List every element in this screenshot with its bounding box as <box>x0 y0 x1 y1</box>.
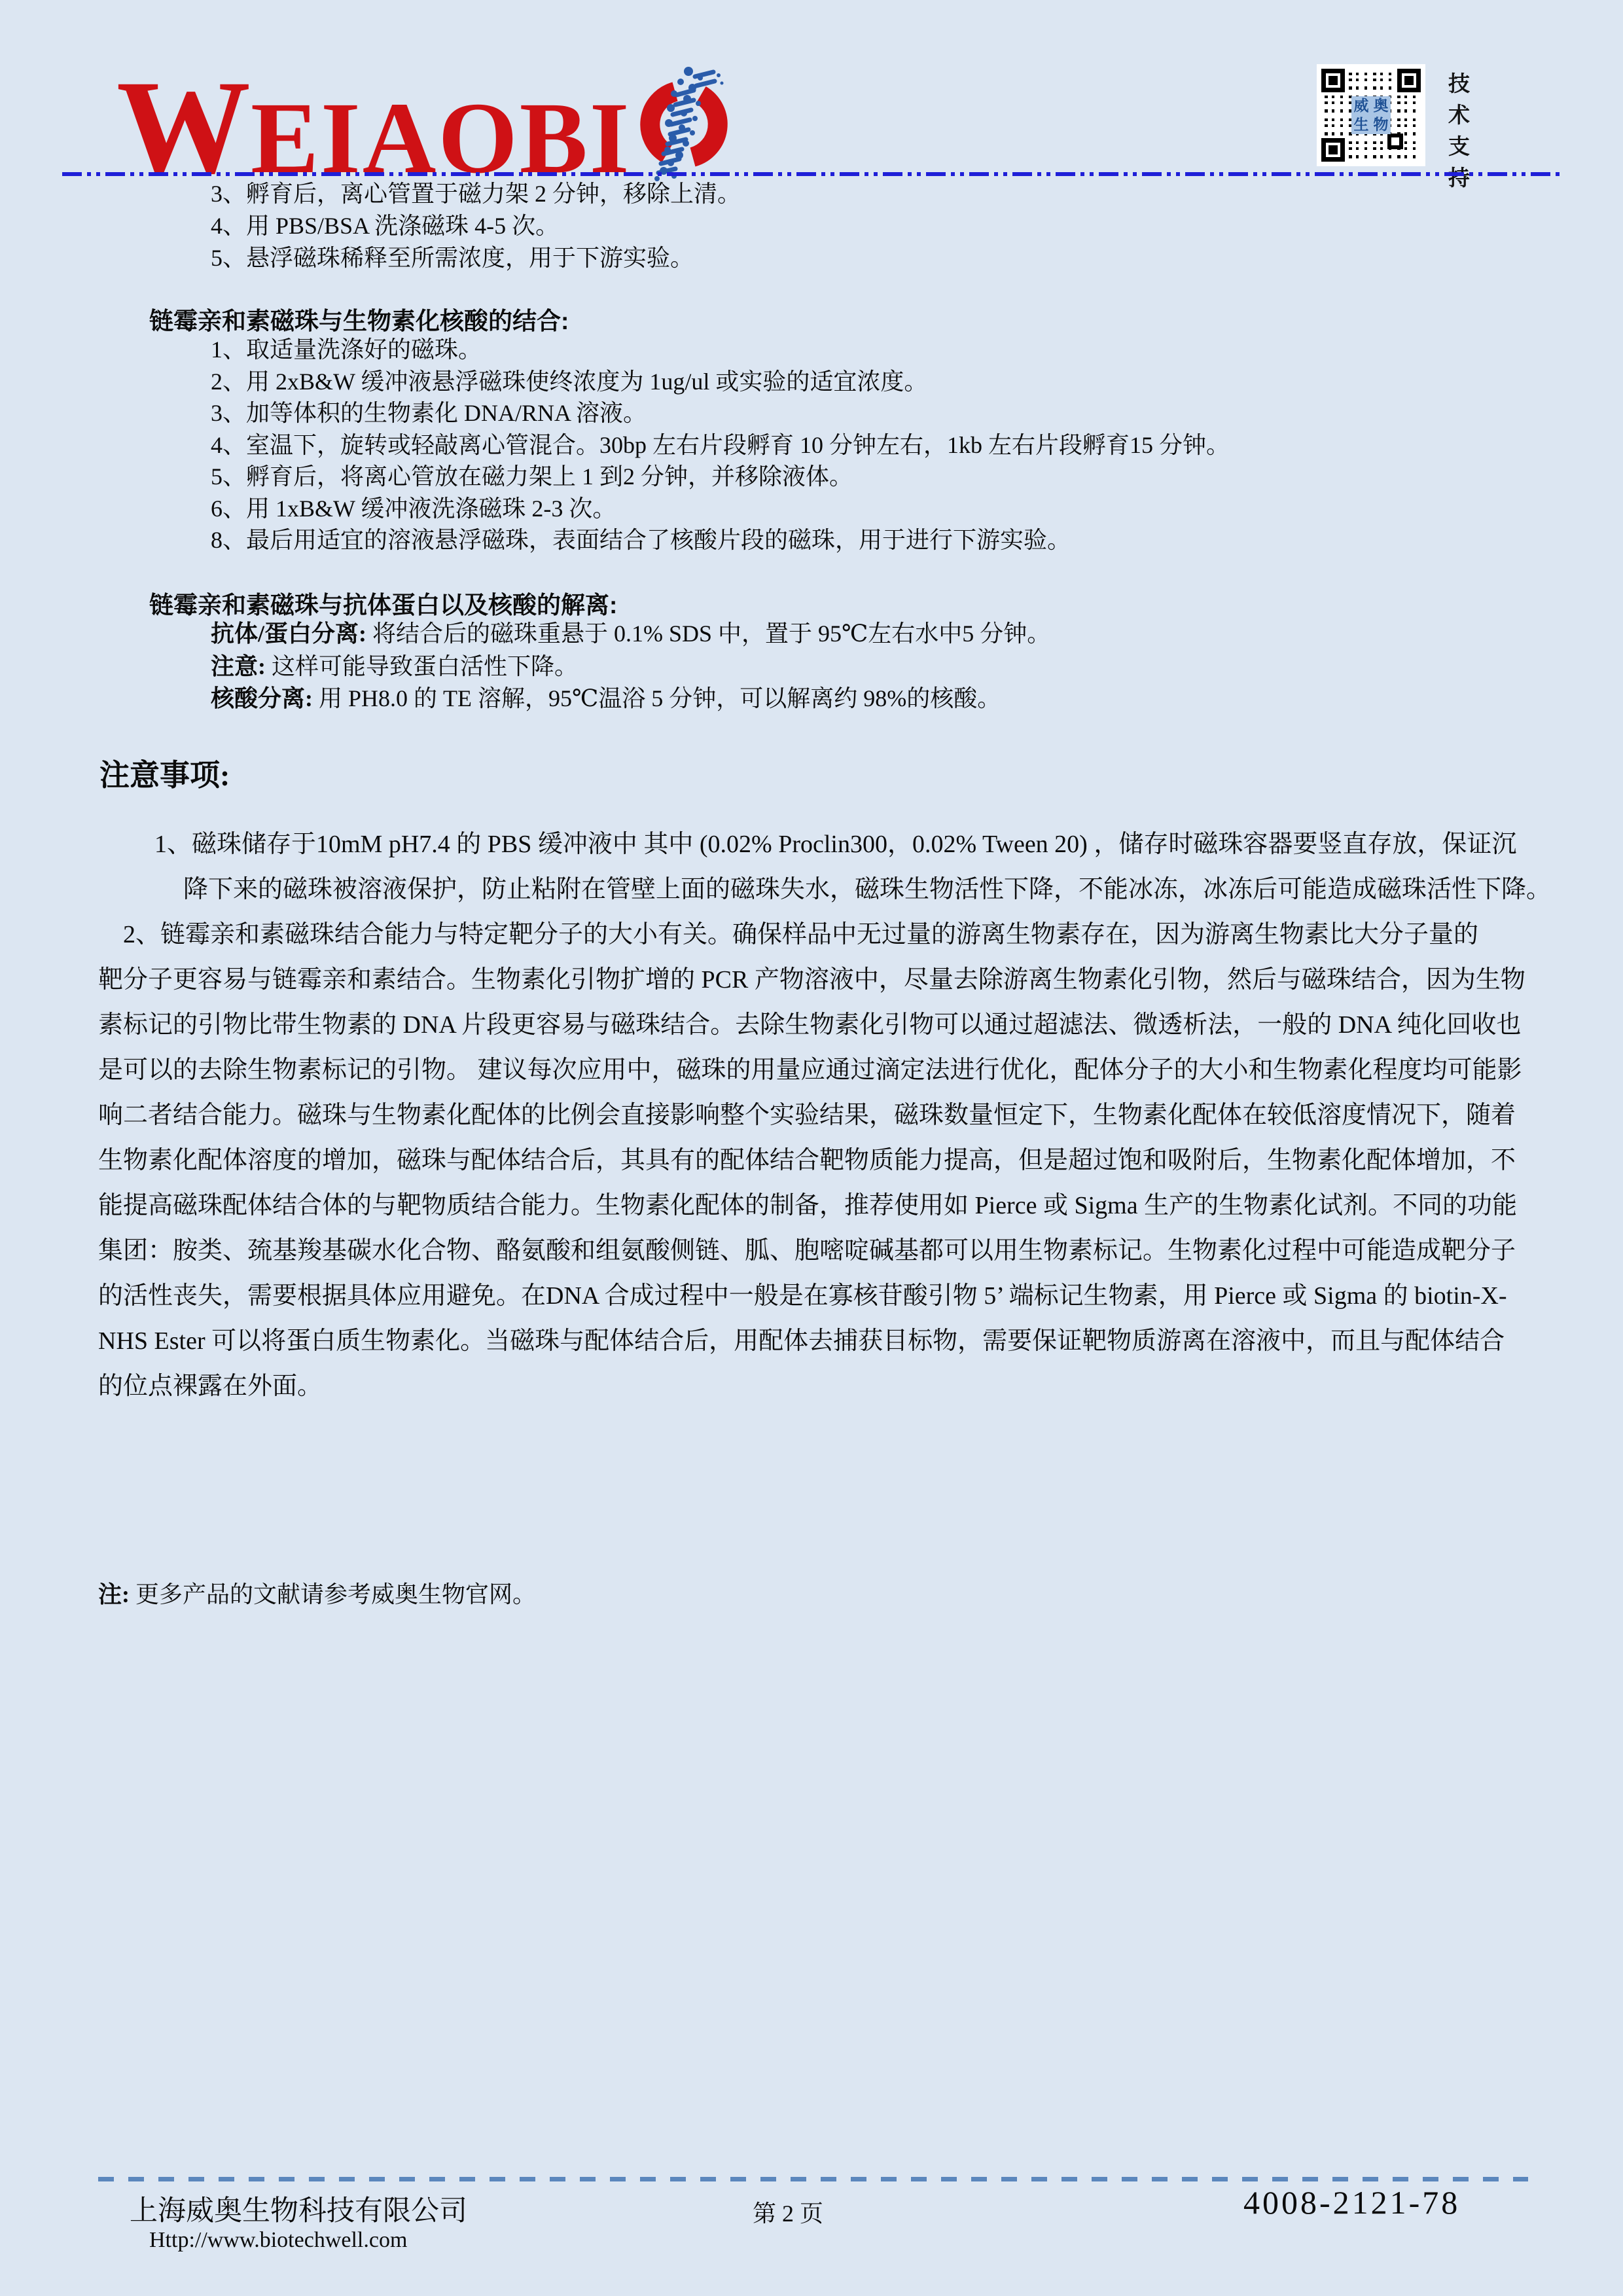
notes-line: 响二者结合能力。磁珠与生物素化配体的比例会直接影响整个实验结果，磁珠数量恒定下，… <box>98 1093 1538 1138</box>
dissociation-entry: 核酸分离: 用 PH8.0 的 TE 溶解，95℃温浴 5 分钟，可以解离约 9… <box>211 683 1050 715</box>
dissociation-section-title: 链霉亲和素磁珠与抗体蛋白以及核酸的解离: <box>149 585 617 620</box>
notes-line: 能提高磁珠配体结合体的与靶物质结合能力。生物素化配体的制备，推荐使用如 Pier… <box>98 1183 1538 1229</box>
list-item: 2、用 2xB&W 缓冲液悬浮磁珠使终浓度为 1ug/ul 或实验的适宜浓度。 <box>211 366 1230 398</box>
entry-label: 核酸分离: <box>211 685 313 711</box>
list-item: 3、加等体积的生物素化 DNA/RNA 溶液。 <box>211 397 1230 429</box>
list-item: 5、悬浮磁珠稀释至所需浓度，用于下游实验。 <box>211 242 741 274</box>
footer-divider-line <box>98 2177 1528 2181</box>
list-item: 5、孵育后，将离心管放在磁力架上 1 到2 分钟，并移除液体。 <box>211 461 1230 493</box>
qr-code: 威 奥 生 物 <box>1317 64 1425 166</box>
notes-section-title: 注意事项: <box>99 751 230 795</box>
notes-paragraphs: 1、磁珠储存于10mM pH7.4 的 PBS 缓冲液中 其中 (0.02% P… <box>98 822 1538 1409</box>
notes-line: 1、磁珠储存于10mM pH7.4 的 PBS 缓冲液中 其中 (0.02% P… <box>98 822 1538 867</box>
entry-text: 将结合后的磁珠重悬于 0.1% SDS 中，置于 95℃左右水中5 分钟。 <box>366 620 1050 647</box>
footer-page-number: 第 2 页 <box>753 2195 823 2229</box>
list-item: 8、最后用适宜的溶液悬浮磁珠，表面结合了核酸片段的磁珠，用于进行下游实验。 <box>211 524 1230 556</box>
qr-label-char: 生 <box>1354 117 1369 132</box>
document-page: WEIAOBI <box>0 0 1623 2296</box>
notes-line: 集团：胺类、巯基羧基碳水化合物、酪氨酸和组氨酸侧链、胍、胞嘧啶碱基都可以用生物素… <box>98 1229 1538 1274</box>
binding-steps-list: 1、取适量洗涤好的磁珠。 2、用 2xB&W 缓冲液悬浮磁珠使终浓度为 1ug/… <box>211 334 1230 556</box>
dissociation-entry: 抗体/蛋白分离: 将结合后的磁珠重悬于 0.1% SDS 中，置于 95℃左右水… <box>211 618 1050 651</box>
dissociation-entries: 抗体/蛋白分离: 将结合后的磁珠重悬于 0.1% SDS 中，置于 95℃左右水… <box>211 618 1050 715</box>
list-item: 3、孵育后，离心管置于磁力架 2 分钟，移除上清。 <box>211 178 741 210</box>
notes-line: NHS Ester 可以将蛋白质生物素化。当磁珠与配体结合后，用配体去捕获目标物… <box>98 1319 1538 1364</box>
entry-text: 用 PH8.0 的 TE 溶解，95℃温浴 5 分钟，可以解离约 98%的核酸。 <box>313 685 1001 711</box>
qr-center-label: 威 奥 生 物 <box>1351 96 1391 134</box>
footer-website: Http://www.biotechwell.com <box>149 2228 407 2253</box>
qr-label-char: 威 <box>1354 98 1369 113</box>
footer-phone-number: 4008-2121-78 <box>1243 2183 1460 2221</box>
footnote-label: 注: <box>98 1581 130 1607</box>
tech-support-label: 技术支持 <box>1442 72 1473 198</box>
binding-section-title: 链霉亲和素磁珠与生物素化核酸的结合: <box>149 301 569 336</box>
qr-finder-top-right <box>1397 69 1421 92</box>
qr-finder-top-left <box>1321 69 1345 92</box>
notes-line: 靶分子更容易与链霉亲和素结合。生物素化引物扩增的 PCR 产物溶液中，尽量去除游… <box>98 958 1538 1003</box>
qr-finder-bottom-left <box>1321 138 1345 162</box>
entry-label: 注意: <box>211 653 266 679</box>
notes-line: 的位点裸露在外面。 <box>98 1364 1538 1409</box>
header-divider-line <box>62 172 1564 176</box>
list-item: 4、室温下，旋转或轻敲离心管混合。30bp 左右片段孵育 10 分钟左右，1kb… <box>211 429 1230 461</box>
list-item: 1、取适量洗涤好的磁珠。 <box>211 334 1230 366</box>
dissociation-entry: 注意: 这样可能导致蛋白活性下降。 <box>211 651 1050 683</box>
notes-line: 生物素化配体溶度的增加，磁珠与配体结合后，其具有的配体结合靶物质能力提高，但是超… <box>98 1138 1538 1183</box>
notes-line: 2、链霉亲和素磁珠结合能力与特定靶分子的大小有关。确保样品中无过量的游离生物素存… <box>98 912 1538 958</box>
qr-alignment-square <box>1387 134 1403 149</box>
notes-line: 是可以的去除生物素标记的引物。 建议每次应用中，磁珠的用量应通过滴定法进行优化，… <box>98 1048 1538 1093</box>
continued-steps-list: 3、孵育后，离心管置于磁力架 2 分钟，移除上清。 4、用 PBS/BSA 洗涤… <box>211 178 741 274</box>
notes-line: 素标记的引物比带生物素的 DNA 片段更容易与磁珠结合。去除生物素化引物可以通过… <box>98 1003 1538 1048</box>
footnote: 注: 更多产品的文献请参考威奥生物官网。 <box>98 1576 536 1609</box>
qr-label-char: 物 <box>1374 117 1389 132</box>
list-item: 6、用 1xB&W 缓冲液洗涤磁珠 2-3 次。 <box>211 493 1230 525</box>
footnote-text: 更多产品的文献请参考威奥生物官网。 <box>130 1581 536 1607</box>
footer-company-name: 上海威奥生物科技有限公司 <box>130 2189 467 2229</box>
entry-text: 这样可能导致蛋白活性下降。 <box>266 653 578 679</box>
qr-label-char: 奥 <box>1374 98 1389 113</box>
notes-line: 降下来的磁珠被溶液保护，防止粘附在管壁上面的磁珠失水，磁珠生物活性下降，不能冰冻… <box>98 867 1538 912</box>
notes-line: 的活性丧失，需要根据具体应用避免。在DNA 合成过程中一般是在寡核苷酸引物 5’… <box>98 1274 1538 1319</box>
dna-helix-logo-icon <box>634 66 734 183</box>
list-item: 4、用 PBS/BSA 洗涤磁珠 4-5 次。 <box>211 210 741 242</box>
entry-label: 抗体/蛋白分离: <box>211 620 366 647</box>
